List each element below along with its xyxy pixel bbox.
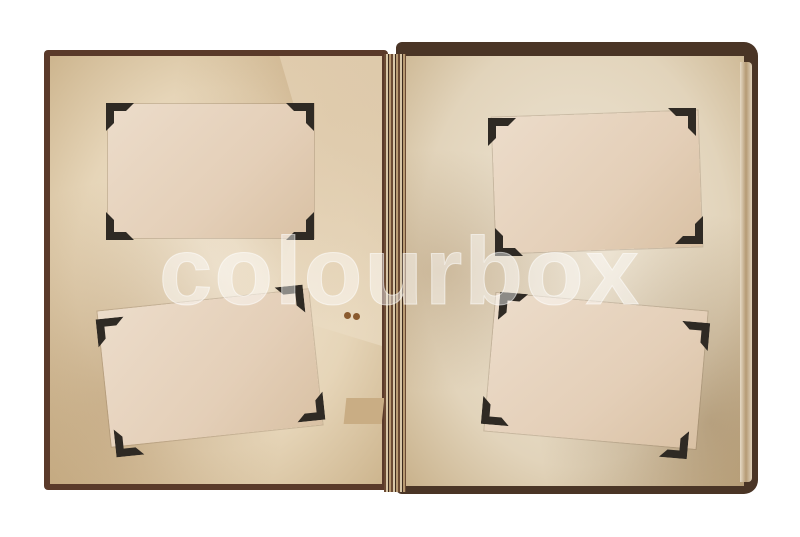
photo-corner-icon (488, 118, 516, 146)
photo-album-scene: colourbox (0, 0, 800, 537)
photo-corner-icon (481, 396, 511, 426)
photo-corner-icon (659, 429, 689, 459)
photo-corner-icon (106, 103, 134, 131)
page-stack-edge (740, 62, 752, 482)
photo-corner-icon (668, 108, 696, 136)
photo-corner-icon (680, 321, 710, 351)
photo-corner-icon (114, 427, 145, 458)
paper-tab (344, 398, 385, 424)
watermark-text: colourbox (80, 222, 720, 322)
photo-corner-icon (295, 392, 326, 423)
photo-corner-icon (286, 103, 314, 131)
